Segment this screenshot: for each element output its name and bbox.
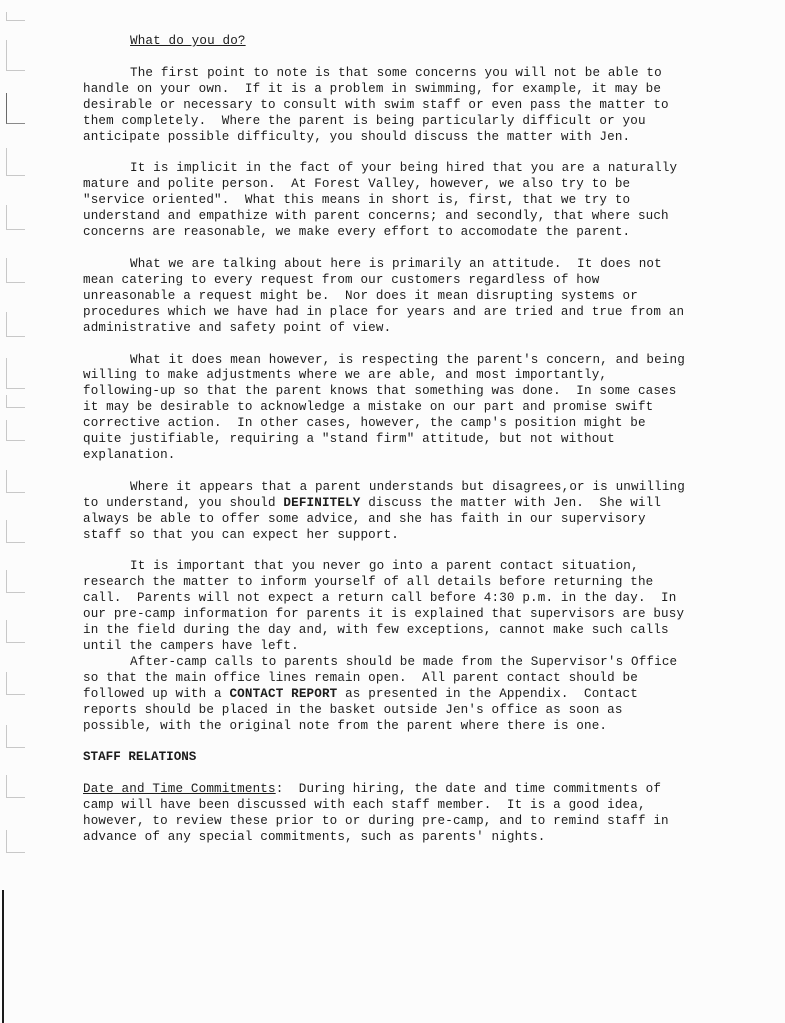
text-line: explanation. [83, 448, 723, 464]
text-line: it may be desirable to acknowledge a mis… [83, 400, 723, 416]
text-line: What we are talking about here is primar… [83, 257, 723, 273]
text-line: camp will have been discussed with each … [83, 798, 723, 814]
text-line: research the matter to inform yourself o… [83, 575, 723, 591]
margin-tick [6, 395, 25, 408]
page-edge-shadow [2, 890, 4, 1023]
text-fragment: : During hiring, the date and time commi… [276, 782, 661, 796]
text-line: After-camp calls to parents should be ma… [83, 655, 723, 671]
paragraph: Where it appears that a parent understan… [83, 480, 723, 544]
section-heading-staff-relations: STAFF RELATIONS [83, 750, 723, 766]
text-line: It is important that you never go into a… [83, 559, 723, 575]
margin-bracket [6, 93, 25, 124]
paragraph: The first point to note is that some con… [83, 66, 723, 146]
text-line: Date and Time Commitments: During hiring… [83, 782, 723, 798]
text-line: desirable or necessary to consult with s… [83, 98, 723, 114]
document-body: What do you do? The first point to note … [83, 34, 723, 862]
text-line: It is implicit in the fact of your being… [83, 161, 723, 177]
text-line: following-up so that the parent knows th… [83, 384, 723, 400]
margin-bracket [6, 258, 25, 283]
text-line: however, to review these prior to or dur… [83, 814, 723, 830]
margin-tick [6, 520, 25, 543]
margin-tick [6, 672, 25, 695]
text-line: reports should be placed in the basket o… [83, 703, 723, 719]
text-line: mean catering to every request from our … [83, 273, 723, 289]
text-fragment: followed up with a [83, 687, 229, 701]
text-line: mature and polite person. At Forest Vall… [83, 177, 723, 193]
margin-tick [6, 420, 25, 441]
text-line: anticipate possible difficulty, you shou… [83, 130, 723, 146]
section-title: What do you do? [130, 34, 723, 50]
margin-tick [6, 620, 25, 643]
text-line: administrative and safety point of view. [83, 321, 723, 337]
text-line: until the campers have left. [83, 639, 723, 655]
margin-tick [6, 470, 25, 493]
emphasis-contact-report: CONTACT REPORT [229, 687, 337, 701]
text-line: willing to make adjustments where we are… [83, 368, 723, 384]
text-line: concerns are reasonable, we make every e… [83, 225, 723, 241]
text-line: in the field during the day and, with fe… [83, 623, 723, 639]
text-line: advance of any special commitments, such… [83, 830, 723, 846]
paragraph: After-camp calls to parents should be ma… [83, 655, 723, 735]
margin-bracket [6, 358, 25, 389]
subsection-title: Date and Time Commitments [83, 782, 276, 796]
text-line: call. Parents will not expect a return c… [83, 591, 723, 607]
text-line: always be able to offer some advice, and… [83, 512, 723, 528]
text-fragment: to understand, you should [83, 496, 283, 510]
paragraph: It is important that you never go into a… [83, 559, 723, 654]
text-line: possible, with the original note from th… [83, 719, 723, 735]
text-line: unreasonable a request might be. Nor doe… [83, 289, 723, 305]
text-line: Where it appears that a parent understan… [83, 480, 723, 496]
text-line: followed up with a CONTACT REPORT as pre… [83, 687, 723, 703]
paragraph: Date and Time Commitments: During hiring… [83, 782, 723, 846]
text-line: to understand, you should DEFINITELY dis… [83, 496, 723, 512]
binder-margin-marks [0, 0, 30, 900]
paragraph: It is implicit in the fact of your being… [83, 161, 723, 241]
margin-tick [6, 570, 25, 593]
text-line: our pre-camp information for parents it … [83, 607, 723, 623]
margin-bracket [6, 312, 25, 337]
text-line: quite justifiable, requiring a "stand fi… [83, 432, 723, 448]
text-line: What it does mean however, is respecting… [83, 353, 723, 369]
text-fragment: as presented in the Appendix. Contact [337, 687, 638, 701]
paragraph: What it does mean however, is respecting… [83, 353, 723, 464]
paragraph: What we are talking about here is primar… [83, 257, 723, 337]
margin-tick [6, 725, 25, 748]
text-line: understand and empathize with parent con… [83, 209, 723, 225]
margin-tick [6, 775, 25, 798]
margin-tick [6, 12, 25, 21]
margin-tick [6, 830, 25, 853]
margin-bracket [6, 205, 25, 230]
text-line: handle on your own. If it is a problem i… [83, 82, 723, 98]
text-line: The first point to note is that some con… [83, 66, 723, 82]
text-line: corrective action. In other cases, howev… [83, 416, 723, 432]
text-fragment: discuss the matter with Jen. She will [360, 496, 661, 510]
text-line: so that the main office lines remain ope… [83, 671, 723, 687]
margin-bracket [6, 148, 25, 176]
scanned-page: What do you do? The first point to note … [0, 0, 785, 1023]
text-line: procedures which we have had in place fo… [83, 305, 723, 321]
text-line: them completely. Where the parent is bei… [83, 114, 723, 130]
text-line: staff so that you can expect her support… [83, 528, 723, 544]
margin-bracket [6, 40, 25, 71]
text-line: "service oriented". What this means in s… [83, 193, 723, 209]
emphasis-definitely: DEFINITELY [283, 496, 360, 510]
